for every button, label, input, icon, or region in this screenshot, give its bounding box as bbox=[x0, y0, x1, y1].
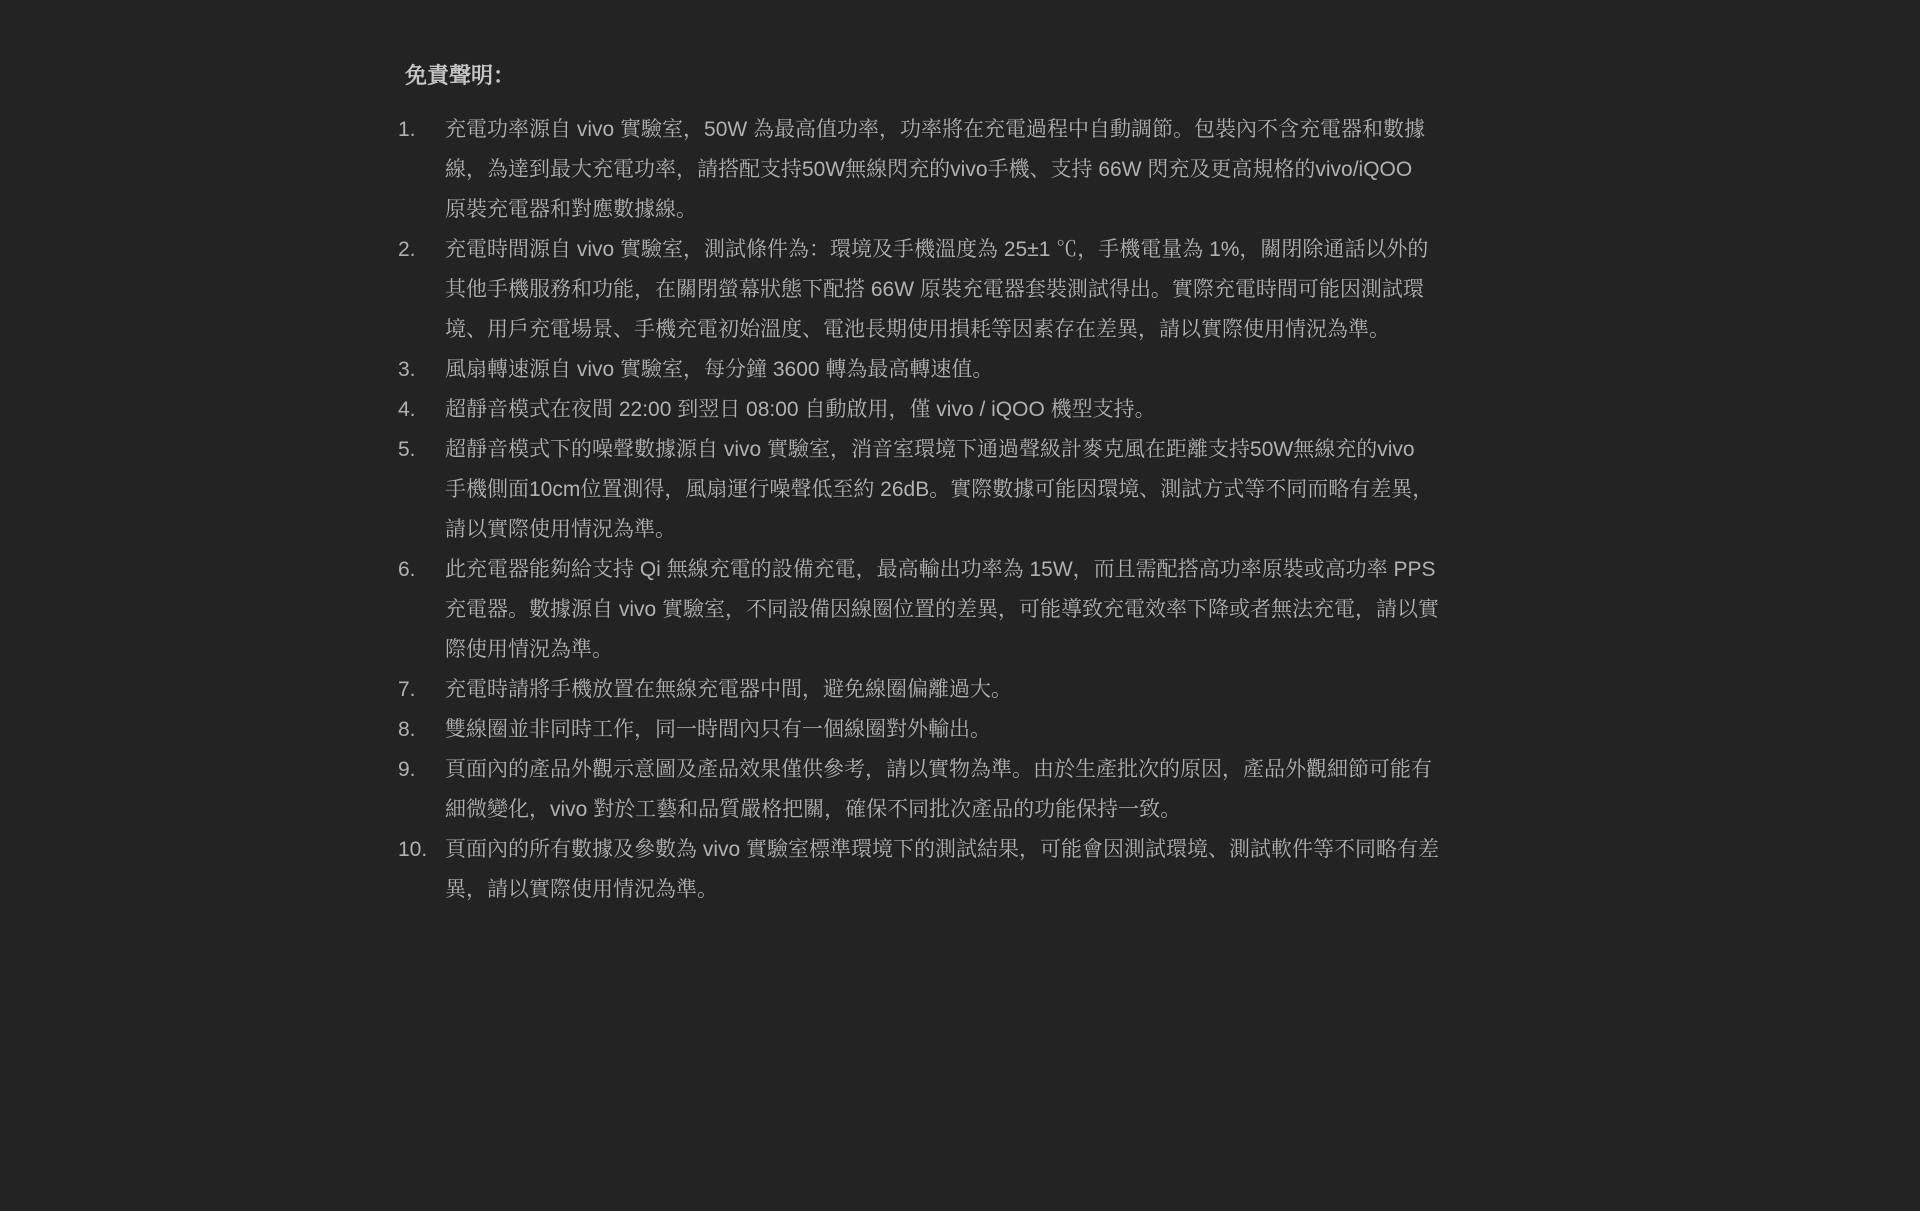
item-text: 雙線圈並非同時工作，同一時間內只有一個線圈對外輸出。 bbox=[445, 710, 1570, 750]
item-number: 9. bbox=[395, 750, 445, 790]
item-number: 4. bbox=[395, 390, 445, 430]
item-text: 超靜音模式下的噪聲數據源自 vivo 實驗室，消音室環境下通過聲級計麥克風在距離… bbox=[445, 430, 1570, 550]
disclaimer-item-10: 10. 頁面內的所有數據及參數為 vivo 實驗室標準環境下的測試結果，可能會因… bbox=[395, 830, 1570, 910]
disclaimer-item-5: 5. 超靜音模式下的噪聲數據源自 vivo 實驗室，消音室環境下通過聲級計麥克風… bbox=[395, 430, 1570, 550]
disclaimer-item-6: 6. 此充電器能夠給支持 Qi 無線充電的設備充電，最高輸出功率為 15W，而且… bbox=[395, 550, 1570, 670]
item-text: 充電時請將手機放置在無線充電器中間，避免線圈偏離過大。 bbox=[445, 670, 1570, 710]
disclaimer-item-9: 9. 頁面內的產品外觀示意圖及產品效果僅供參考，請以實物為準。由於生產批次的原因… bbox=[395, 750, 1570, 830]
item-number: 10. bbox=[395, 830, 445, 870]
disclaimer-item-3: 3. 風扇轉速源自 vivo 實驗室，每分鐘 3600 轉為最高轉速值。 bbox=[395, 350, 1570, 390]
item-number: 3. bbox=[395, 350, 445, 390]
disclaimer-item-8: 8. 雙線圈並非同時工作，同一時間內只有一個線圈對外輸出。 bbox=[395, 710, 1570, 750]
disclaimer-title: 免責聲明： bbox=[405, 62, 1570, 90]
disclaimer-item-1: 1. 充電功率源自 vivo 實驗室，50W 為最高值功率，功率將在充電過程中自… bbox=[395, 110, 1570, 230]
disclaimer-item-4: 4. 超靜音模式在夜間 22:00 到翌日 08:00 自動啟用，僅 vivo … bbox=[395, 390, 1570, 430]
item-text: 頁面內的所有數據及參數為 vivo 實驗室標準環境下的測試結果，可能會因測試環境… bbox=[445, 830, 1570, 910]
disclaimer-page: 免責聲明： 1. 充電功率源自 vivo 實驗室，50W 為最高值功率，功率將在… bbox=[0, 0, 1920, 1211]
item-text: 頁面內的產品外觀示意圖及產品效果僅供參考，請以實物為準。由於生產批次的原因，產品… bbox=[445, 750, 1570, 830]
item-number: 5. bbox=[395, 430, 445, 470]
item-text: 超靜音模式在夜間 22:00 到翌日 08:00 自動啟用，僅 vivo / i… bbox=[445, 390, 1570, 430]
disclaimer-item-2: 2. 充電時間源自 vivo 實驗室，測試條件為：環境及手機溫度為 25±1 ℃… bbox=[395, 230, 1570, 350]
item-number: 7. bbox=[395, 670, 445, 710]
disclaimer-item-7: 7. 充電時請將手機放置在無線充電器中間，避免線圈偏離過大。 bbox=[395, 670, 1570, 710]
disclaimer-section: 免責聲明： 1. 充電功率源自 vivo 實驗室，50W 為最高值功率，功率將在… bbox=[395, 62, 1570, 910]
item-number: 6. bbox=[395, 550, 445, 590]
item-number: 1. bbox=[395, 110, 445, 150]
item-number: 2. bbox=[395, 230, 445, 270]
item-text: 充電功率源自 vivo 實驗室，50W 為最高值功率，功率將在充電過程中自動調節… bbox=[445, 110, 1570, 230]
item-text: 此充電器能夠給支持 Qi 無線充電的設備充電，最高輸出功率為 15W，而且需配搭… bbox=[445, 550, 1570, 670]
item-number: 8. bbox=[395, 710, 445, 750]
item-text: 充電時間源自 vivo 實驗室，測試條件為：環境及手機溫度為 25±1 ℃，手機… bbox=[445, 230, 1570, 350]
item-text: 風扇轉速源自 vivo 實驗室，每分鐘 3600 轉為最高轉速值。 bbox=[445, 350, 1570, 390]
disclaimer-list: 1. 充電功率源自 vivo 實驗室，50W 為最高值功率，功率將在充電過程中自… bbox=[395, 110, 1570, 910]
